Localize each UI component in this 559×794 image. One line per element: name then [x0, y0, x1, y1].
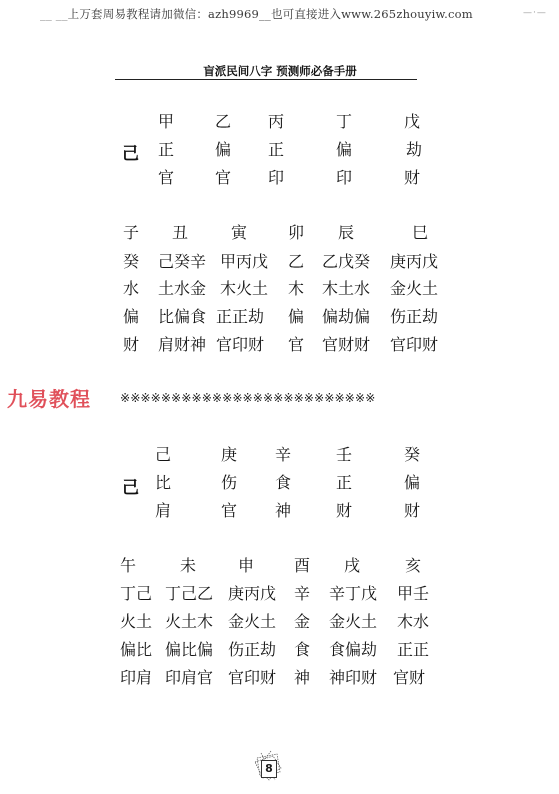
god-cell: 劫 — [406, 141, 422, 159]
hidden-stems-cell: 乙 — [288, 253, 304, 271]
elements-cell: 火土木 — [165, 613, 213, 631]
hidden-stems-cell: 丁己乙 — [165, 585, 213, 603]
promo-banner: __ __上万套周易教程请加微信：azh9969__也可直接进入www.265z… — [40, 6, 473, 22]
day-stem-label: 己 — [122, 139, 139, 164]
gods-top-cell: 正正 — [397, 641, 429, 659]
gods-top-cell: 比偏食 — [158, 308, 206, 326]
gods-bottom-cell: 官财财 — [322, 336, 370, 354]
gods-top-cell: 食偏劫 — [329, 641, 377, 659]
god-cell: 正 — [158, 141, 174, 159]
hidden-stems-cell: 辛丁戊 — [329, 585, 377, 603]
god-cell: 正 — [268, 141, 284, 159]
section-separator: ※※※※※※※※※※※※※※※※※※※※※※※※※ — [120, 391, 375, 405]
elements-cell: 木水 — [397, 613, 429, 631]
god-cell: 偏 — [336, 141, 352, 159]
hidden-stems-cell: 丁己 — [120, 585, 152, 603]
elements-cell: 金火土 — [390, 280, 438, 298]
stem-cell: 辛 — [275, 446, 291, 464]
running-title: 盲派民间八字 预测师必备手册 — [120, 63, 440, 79]
hidden-stems-cell: 乙戊癸 — [322, 253, 370, 271]
god-cell: 印 — [268, 169, 284, 187]
god-cell: 比 — [155, 474, 171, 492]
branch-cell: 丑 — [172, 224, 188, 242]
god-cell: 肩 — [155, 502, 171, 520]
hidden-stems-cell: 甲壬 — [397, 585, 429, 603]
god-cell: 官 — [215, 169, 231, 187]
elements-cell: 金火土 — [228, 613, 276, 631]
hidden-stems-cell: 庚丙戊 — [390, 253, 438, 271]
god-cell: 伤 — [221, 474, 237, 492]
branch-cell: 酉 — [294, 557, 310, 575]
elements-cell: 火土 — [120, 613, 152, 631]
branch-cell: 未 — [180, 557, 196, 575]
god-cell: 食 — [275, 474, 291, 492]
stem-cell: 乙 — [215, 113, 231, 131]
god-cell: 官 — [158, 169, 174, 187]
branch-cell: 辰 — [338, 224, 354, 242]
gods-top-cell: 偏 — [288, 308, 304, 326]
god-cell: 官 — [221, 502, 237, 520]
gods-bottom-cell: 肩财神 — [158, 336, 206, 354]
stem-cell: 戊 — [404, 113, 420, 131]
god-cell: 财 — [404, 169, 420, 187]
stem-cell: 庚 — [221, 446, 237, 464]
gods-top-cell: 正正劫 — [216, 308, 264, 326]
elements-cell: 金火土 — [329, 613, 377, 631]
page-number-badge: 8 — [256, 755, 282, 781]
hidden-stems-cell: 甲丙戊 — [220, 253, 268, 271]
page-number: 8 — [261, 760, 277, 778]
hidden-stems-cell: 辛 — [294, 585, 310, 603]
watermark-logo: 九易教程 — [7, 383, 91, 412]
branch-cell: 寅 — [231, 224, 247, 242]
god-cell: 正 — [336, 474, 352, 492]
god-cell: 偏 — [215, 141, 231, 159]
god-cell: 财 — [336, 502, 352, 520]
gods-top-cell: 伤正劫 — [390, 308, 438, 326]
god-cell: 神 — [275, 502, 291, 520]
banner-text: 上万套周易教程请加微信：azh9969__也可直接进入www.265zhouyi… — [68, 7, 473, 21]
gods-bottom-cell: 印肩 — [120, 669, 152, 687]
branch-cell: 戌 — [344, 557, 360, 575]
branch-cell: 子 — [123, 224, 139, 242]
elements-cell: 土水金 — [158, 280, 206, 298]
gods-bottom-cell: 印肩官 — [165, 669, 213, 687]
stem-cell: 丁 — [336, 113, 352, 131]
gods-bottom-cell: 官印财 — [390, 336, 438, 354]
gods-bottom-cell: 神印财 — [329, 669, 377, 687]
day-stem-label: 己 — [122, 473, 139, 498]
gods-top-cell: 偏 — [123, 308, 139, 326]
stem-cell: 丙 — [268, 113, 284, 131]
header-rule — [115, 79, 417, 80]
gods-bottom-cell: 官印财 — [228, 669, 276, 687]
banner-right-dashes: —·— — [523, 8, 547, 18]
gods-bottom-cell: 官印财 — [216, 336, 264, 354]
gods-bottom-cell: 财 — [123, 336, 139, 354]
stem-cell: 甲 — [158, 113, 174, 131]
elements-cell: 木火土 — [220, 280, 268, 298]
gods-bottom-cell: 官 — [288, 336, 304, 354]
stem-cell: 己 — [155, 446, 171, 464]
stem-cell: 壬 — [336, 446, 352, 464]
gods-top-cell: 偏比 — [120, 641, 152, 659]
gods-bottom-cell: 神 — [294, 669, 310, 687]
branch-cell: 卯 — [288, 224, 304, 242]
gods-bottom-cell: 官财 — [393, 669, 425, 687]
stem-cell: 癸 — [404, 446, 420, 464]
branch-cell: 申 — [238, 557, 254, 575]
branch-cell: 亥 — [405, 557, 421, 575]
elements-cell: 金 — [294, 613, 310, 631]
gods-top-cell: 偏比偏 — [165, 641, 213, 659]
hidden-stems-cell: 己癸辛 — [158, 253, 206, 271]
elements-cell: 木土水 — [322, 280, 370, 298]
gods-top-cell: 食 — [294, 641, 310, 659]
elements-cell: 木 — [288, 280, 304, 298]
branch-cell: 午 — [120, 557, 136, 575]
elements-cell: 水 — [123, 280, 139, 298]
gods-top-cell: 伤正劫 — [228, 641, 276, 659]
god-cell: 偏 — [404, 474, 420, 492]
hidden-stems-cell: 癸 — [123, 253, 139, 271]
god-cell: 印 — [336, 169, 352, 187]
god-cell: 财 — [404, 502, 420, 520]
hidden-stems-cell: 庚丙戊 — [228, 585, 276, 603]
gods-top-cell: 偏劫偏 — [322, 308, 370, 326]
banner-lead-dashes: __ __ — [40, 7, 68, 21]
branch-cell: 巳 — [412, 224, 428, 242]
